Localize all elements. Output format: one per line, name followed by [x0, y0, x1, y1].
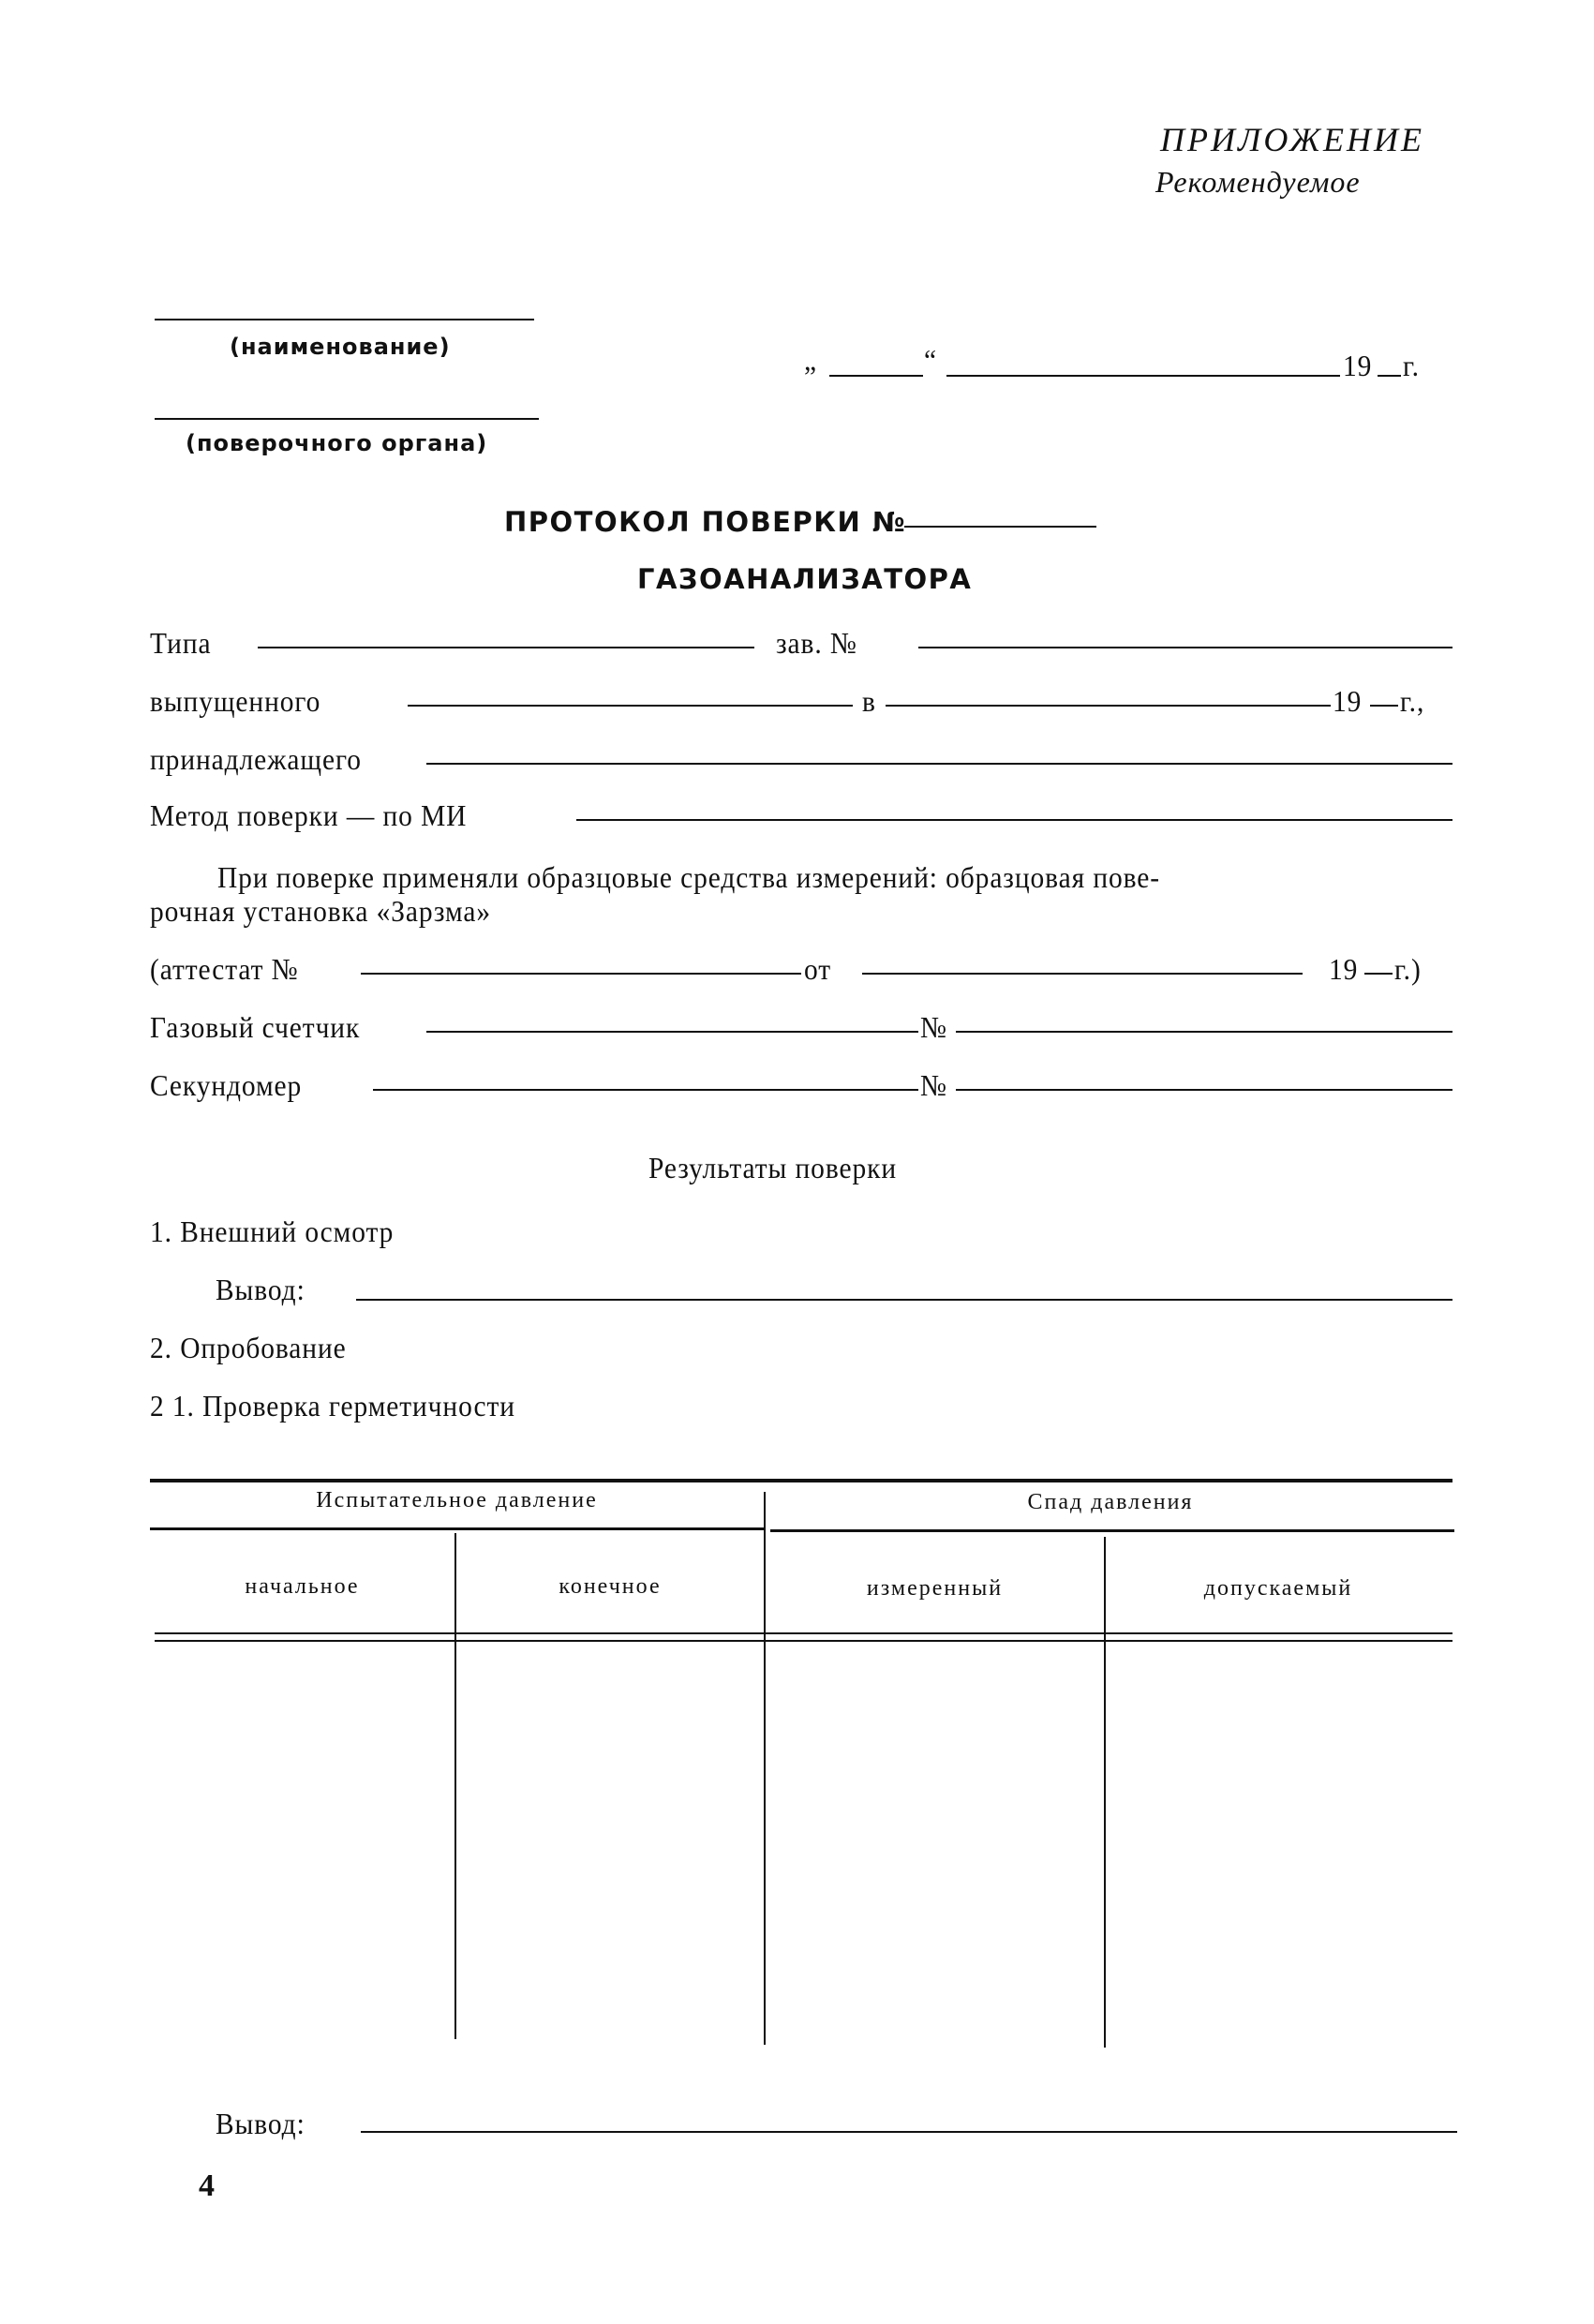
- final-conclusion-label: Вывод:: [216, 2107, 305, 2141]
- owner-label: принадлежащего: [150, 742, 362, 777]
- table-header-double-rule-1: [155, 1632, 1452, 1634]
- table-col-header-measured: измеренный: [768, 1576, 1101, 1601]
- equipment-intro-line2: рочная установка «Зарзма»: [150, 894, 491, 929]
- certificate-year-field[interactable]: [1364, 973, 1393, 975]
- certificate-date-field[interactable]: [862, 973, 1303, 975]
- stopwatch-label: Секундомер: [150, 1068, 302, 1103]
- final-conclusion-field[interactable]: [361, 2131, 1457, 2133]
- result-item-1: 1. Внешний осмотр: [150, 1214, 394, 1249]
- stopwatch-number-field[interactable]: [956, 1089, 1452, 1091]
- serial-label: зав. №: [776, 626, 857, 661]
- gas-meter-type-field[interactable]: [426, 1031, 918, 1033]
- equipment-intro-line1: При поверке применяли образцовые средств…: [217, 860, 1160, 895]
- table-group-header-test-pressure: Испытательное давление: [150, 1488, 764, 1513]
- date-year-field[interactable]: [1378, 375, 1401, 377]
- table-top-rule: [150, 1479, 1452, 1482]
- type-field[interactable]: [258, 647, 754, 648]
- org-name-caption: (наименование): [230, 334, 451, 360]
- org-name-field[interactable]: [155, 319, 534, 320]
- org-body-field[interactable]: [155, 418, 539, 420]
- issued-year-prefix: 19: [1333, 684, 1362, 719]
- table-row[interactable]: [155, 1644, 1452, 2042]
- certificate-number-field[interactable]: [361, 973, 801, 975]
- device-title: ГАЗОАНАЛИЗАТОРА: [637, 563, 972, 595]
- result-item-1-conclusion-field[interactable]: [356, 1299, 1452, 1301]
- date-day-field[interactable]: [829, 375, 923, 377]
- issued-place-field[interactable]: [886, 705, 1331, 707]
- issued-in-label: в: [862, 684, 876, 719]
- table-col-header-final: конечное: [456, 1574, 764, 1600]
- date-close-quote: “: [924, 343, 937, 378]
- stopwatch-type-field[interactable]: [373, 1089, 918, 1091]
- certificate-year-prefix: 19: [1329, 952, 1358, 987]
- issued-year-field[interactable]: [1370, 705, 1398, 707]
- issued-year-suffix: г.,: [1400, 684, 1424, 719]
- date-open-quote: „: [804, 343, 817, 378]
- page-number: 4: [199, 2168, 215, 2204]
- result-item-2: 2. Опробование: [150, 1331, 347, 1365]
- gas-meter-label: Газовый счетчик: [150, 1010, 360, 1045]
- table-group-rule-right: [770, 1529, 1454, 1532]
- table-col-header-allowed: допускаемый: [1104, 1576, 1452, 1601]
- table-header-double-rule-2: [155, 1640, 1452, 1642]
- certificate-year-suffix: г.): [1394, 952, 1422, 987]
- method-field[interactable]: [576, 819, 1452, 821]
- result-item-2-1: 2 1. Проверка герметичности: [150, 1389, 515, 1423]
- stopwatch-no-label: №: [920, 1068, 947, 1103]
- method-label: Метод поверки — по МИ: [150, 798, 467, 833]
- serial-field[interactable]: [918, 647, 1452, 648]
- result-item-1-conclusion-label: Вывод:: [216, 1273, 305, 1307]
- gas-meter-number-field[interactable]: [956, 1031, 1452, 1033]
- issued-label: выпущенного: [150, 684, 320, 719]
- certificate-from-label: от: [804, 952, 831, 987]
- type-label: Типа: [150, 626, 212, 661]
- table-group-rule-left: [150, 1527, 764, 1530]
- protocol-title: ПРОТОКОЛ ПОВЕРКИ №: [504, 506, 906, 538]
- issued-by-field[interactable]: [408, 705, 853, 707]
- date-month-field[interactable]: [946, 375, 1340, 377]
- appendix-subtitle: Рекомендуемое: [1155, 165, 1361, 200]
- date-year-suffix: г.: [1403, 349, 1420, 383]
- date-year-prefix: 19: [1343, 349, 1372, 383]
- table-col-header-initial: начальное: [150, 1574, 454, 1600]
- org-body-caption: (поверочного органа): [186, 430, 487, 456]
- table-group-header-pressure-drop: Спад давления: [768, 1490, 1452, 1515]
- gas-meter-no-label: №: [920, 1010, 947, 1045]
- appendix-title: ПРИЛОЖЕНИЕ: [1160, 120, 1424, 159]
- results-heading: Результаты поверки: [648, 1151, 897, 1185]
- certificate-label: (аттестат №: [150, 952, 299, 987]
- protocol-number-field[interactable]: [904, 526, 1096, 528]
- owner-field[interactable]: [426, 763, 1452, 765]
